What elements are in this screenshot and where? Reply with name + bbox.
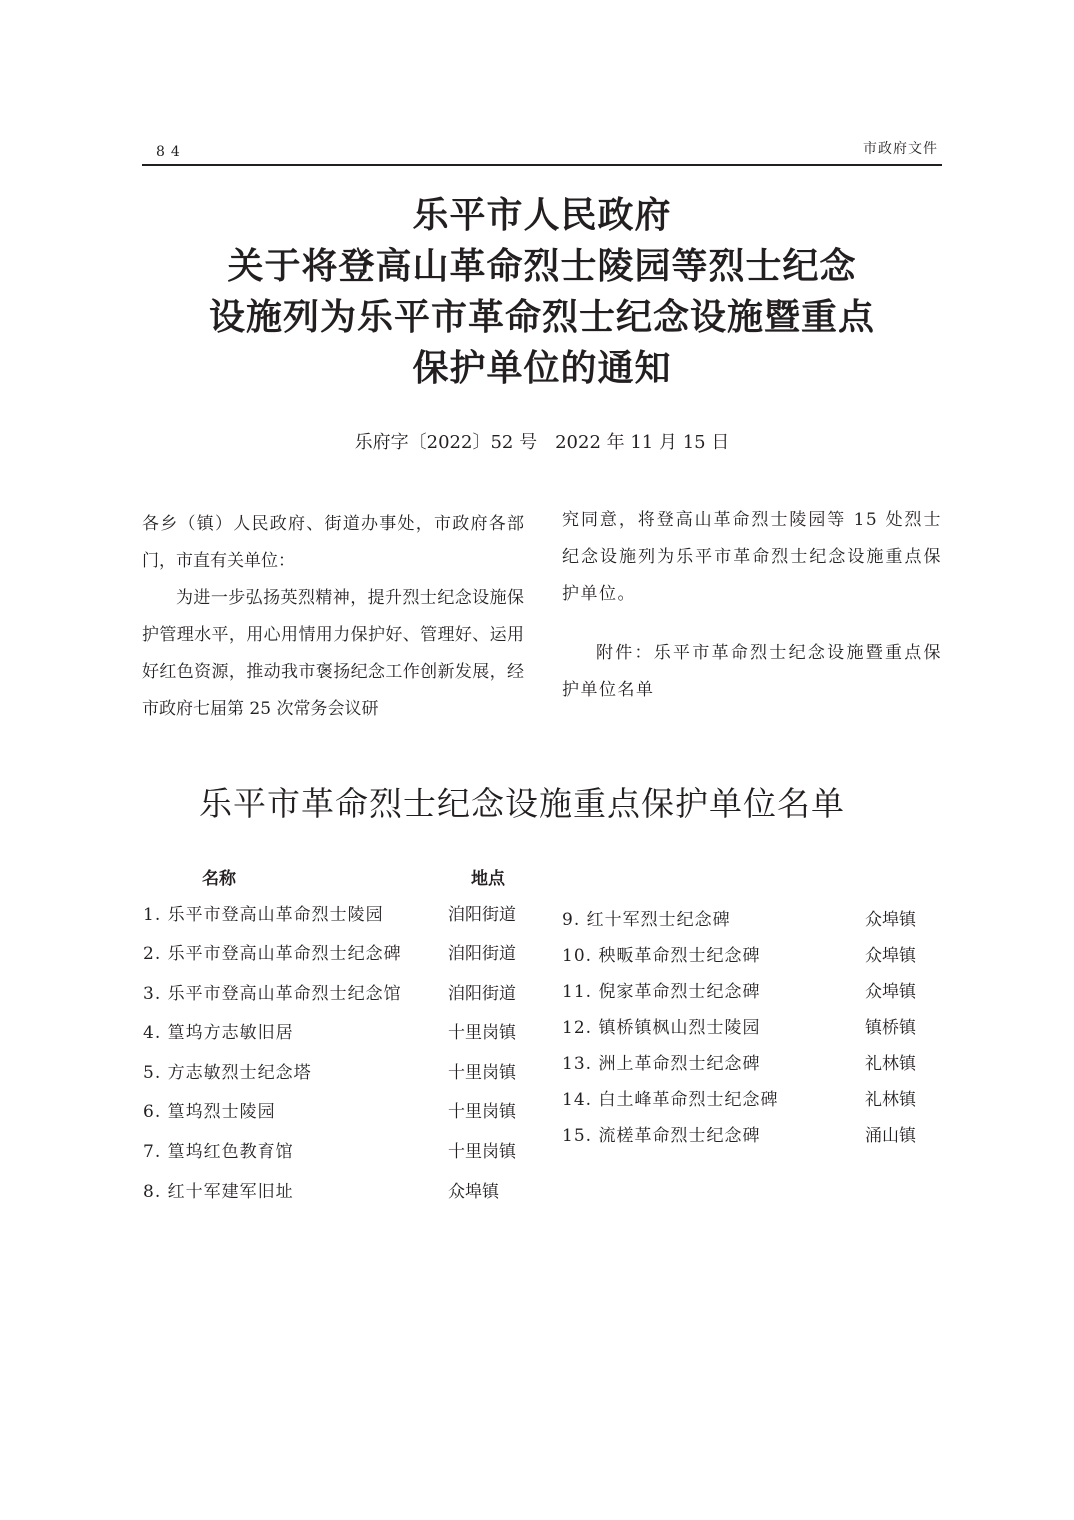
- title-line: 保护单位的通知: [142, 343, 942, 394]
- paragraph-spacer: [562, 613, 942, 635]
- item-location: 十里岗镇: [448, 1137, 516, 1167]
- item-name: 7. 篁坞红色教育馆: [143, 1137, 294, 1167]
- body-continuation: 究同意，将登高山革命烈士陵园等 15 处烈士纪念设施列为乐平市革命烈士纪念设施重…: [562, 502, 942, 613]
- section-label: 市政府文件: [863, 138, 938, 158]
- item-name: 2. 乐平市登高山革命烈士纪念碑: [143, 939, 402, 969]
- item-name: 1. 乐平市登高山革命烈士陵园: [143, 900, 384, 930]
- item-name: 12. 镇桥镇枫山烈士陵园: [562, 1013, 760, 1043]
- item-location: 十里岗镇: [448, 1097, 516, 1127]
- salutation: 各乡（镇）人民政府、街道办事处，市政府各部门，市直有关单位：: [142, 506, 524, 580]
- item-location: 众埠镇: [865, 905, 916, 935]
- body-paragraph: 为进一步弘扬英烈精神，提升烈士纪念设施保护管理水平，用心用情用力保护好、管理好、…: [142, 580, 524, 728]
- item-name: 13. 洲上革命烈士纪念碑: [562, 1049, 760, 1079]
- item-location: 洎阳街道: [448, 979, 516, 1009]
- body-right-column: 究同意，将登高山革命烈士陵园等 15 处烈士纪念设施列为乐平市革命烈士纪念设施重…: [562, 502, 942, 709]
- item-location: 众埠镇: [448, 1177, 499, 1207]
- column-header-name: 名称: [202, 864, 236, 889]
- item-location: 十里岗镇: [448, 1018, 516, 1048]
- attachment-note: 附件：乐平市革命烈士纪念设施暨重点保护单位名单: [562, 635, 942, 709]
- title-line: 乐平市人民政府: [142, 190, 942, 241]
- item-name: 8. 红十军建军旧址: [143, 1177, 294, 1207]
- item-location: 礼林镇: [865, 1085, 916, 1115]
- page-number: 84: [156, 144, 186, 160]
- item-location: 洎阳街道: [448, 939, 516, 969]
- item-location: 众埠镇: [865, 977, 916, 1007]
- item-name: 14. 白土峰革命烈士纪念碑: [562, 1085, 778, 1115]
- item-location: 洎阳街道: [448, 900, 516, 930]
- item-location: 镇桥镇: [865, 1013, 916, 1043]
- item-name: 10. 秧畈革命烈士纪念碑: [562, 941, 760, 971]
- item-location: 众埠镇: [865, 941, 916, 971]
- column-header-location: 地点: [471, 864, 505, 889]
- item-location: 十里岗镇: [448, 1058, 516, 1088]
- item-name: 15. 流槎革命烈士纪念碑: [562, 1121, 760, 1151]
- item-name: 9. 红十军烈士纪念碑: [562, 905, 731, 935]
- document-number-date: 乐府字〔2022〕52 号 2022 年 11 月 15 日: [142, 428, 942, 454]
- item-name: 6. 篁坞烈士陵园: [143, 1097, 276, 1127]
- title-line: 设施列为乐平市革命烈士纪念设施暨重点: [142, 292, 942, 343]
- item-name: 4. 篁坞方志敏旧居: [143, 1018, 294, 1048]
- list-title: 乐平市革命烈士纪念设施重点保护单位名单: [142, 778, 902, 825]
- item-location: 涌山镇: [865, 1121, 916, 1151]
- item-location: 礼林镇: [865, 1049, 916, 1079]
- item-name: 5. 方志敏烈士纪念塔: [143, 1058, 312, 1088]
- item-name: 11. 倪家革命烈士纪念碑: [562, 977, 760, 1007]
- item-name: 3. 乐平市登高山革命烈士纪念馆: [143, 979, 402, 1009]
- document-title: 乐平市人民政府 关于将登高山革命烈士陵园等烈士纪念 设施列为乐平市革命烈士纪念设…: [142, 190, 942, 394]
- body-left-column: 各乡（镇）人民政府、街道办事处，市政府各部门，市直有关单位： 为进一步弘扬英烈精…: [142, 506, 524, 728]
- title-line: 关于将登高山革命烈士陵园等烈士纪念: [142, 241, 942, 292]
- running-header: 84 市政府文件: [142, 138, 942, 166]
- header-divider: [142, 164, 942, 166]
